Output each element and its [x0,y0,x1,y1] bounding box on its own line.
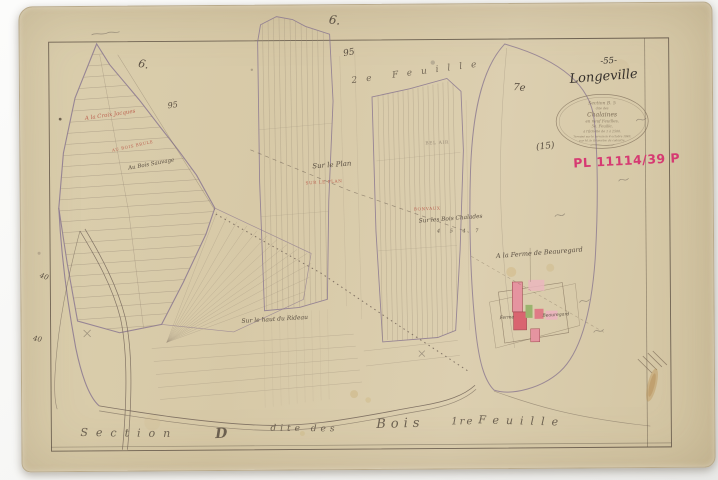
label-haut-du-rideau: Sur le haut du Rideau [241,314,308,325]
label-bois-sauvage: Au Bois Sauvage [127,157,176,172]
bottom-title-letter-d: D [214,426,229,443]
label-ferme: Ferme [498,314,514,321]
hatched-road-exit [638,351,667,373]
commune-name: Longeville [568,67,639,87]
farm-garden [525,305,532,318]
label-bonvaux-caps: BONVAUX [414,206,441,212]
section-boundary-south [99,384,650,432]
numeral-40-a: 40 [38,271,50,282]
farm-building-south [514,312,527,330]
map-border-frame [49,38,672,451]
bottom-title-feuille: Feuille [477,413,565,428]
marginal-numerals: 6. 95 6. 95 (15) 7e 40 40 2e Feuille 4 5… [29,11,557,344]
parcel-numbers-row: 4 5 4 7 [436,228,483,234]
cartouche-line-8: par M. le Géomètre du cadastre. [579,138,625,142]
map-sheet: Section B. 5 dite des Chalaines en neuf … [18,2,715,473]
farm-buildings [471,247,606,348]
numeral-15: (15) [536,140,556,153]
numeral-95-top: 95 [342,47,355,59]
farm-building-north [528,280,544,291]
cartouche-line-6: à l'Échelle de 1 à 2500. [583,128,621,133]
wooded-strip-parcels [55,43,222,333]
bottom-title-dite-des: dite des [270,424,338,435]
cadastral-map: Section B. 5 dite des Chalaines en neuf … [19,3,714,472]
numeral-40-b: 40 [31,334,43,344]
label-sur-le-plan-caps: SUR LE PLAN [305,178,342,185]
cartouche-line-2: dite des [596,106,609,110]
farm-building-lower [531,329,540,342]
bottom-title-section: Section [80,426,178,440]
fan-parcels [161,207,312,342]
title-cartouche: Section B. 5 dite des Chalaines en neuf … [556,94,648,149]
cartouche-line-5: 5e. Feuille, [592,123,613,128]
numeral-6-top: 6. [328,12,341,27]
numeral-95-left: 95 [167,100,178,110]
numeral-6-left: 6. [137,57,150,72]
bottom-title-bois: Bois [375,416,425,432]
label-ferme-beauregard-title: A la Ferme de Beauregard [495,245,583,260]
bottom-parcel-rows [152,308,461,408]
numeral-7e: 7e [513,82,526,94]
label-sur-le-plan: Sur le Plan [312,159,352,170]
lieu-dit-labels: Sur le Plan SUR LE PLAN Sur les Bois Cha… [84,105,584,326]
archive-reference-stamp: PL 11114/39 P [573,150,681,170]
adjacent-sheet-label: 2e Feuille [350,59,486,86]
department-number: -55- [600,56,617,67]
bottom-title-1re: 1re [451,416,474,427]
scan-background: Section B. 5 dite des Chalaines en neuf … [0,0,718,480]
farm-building-main [512,282,522,312]
label-bel-air-caps: BEL AIR [425,140,449,147]
